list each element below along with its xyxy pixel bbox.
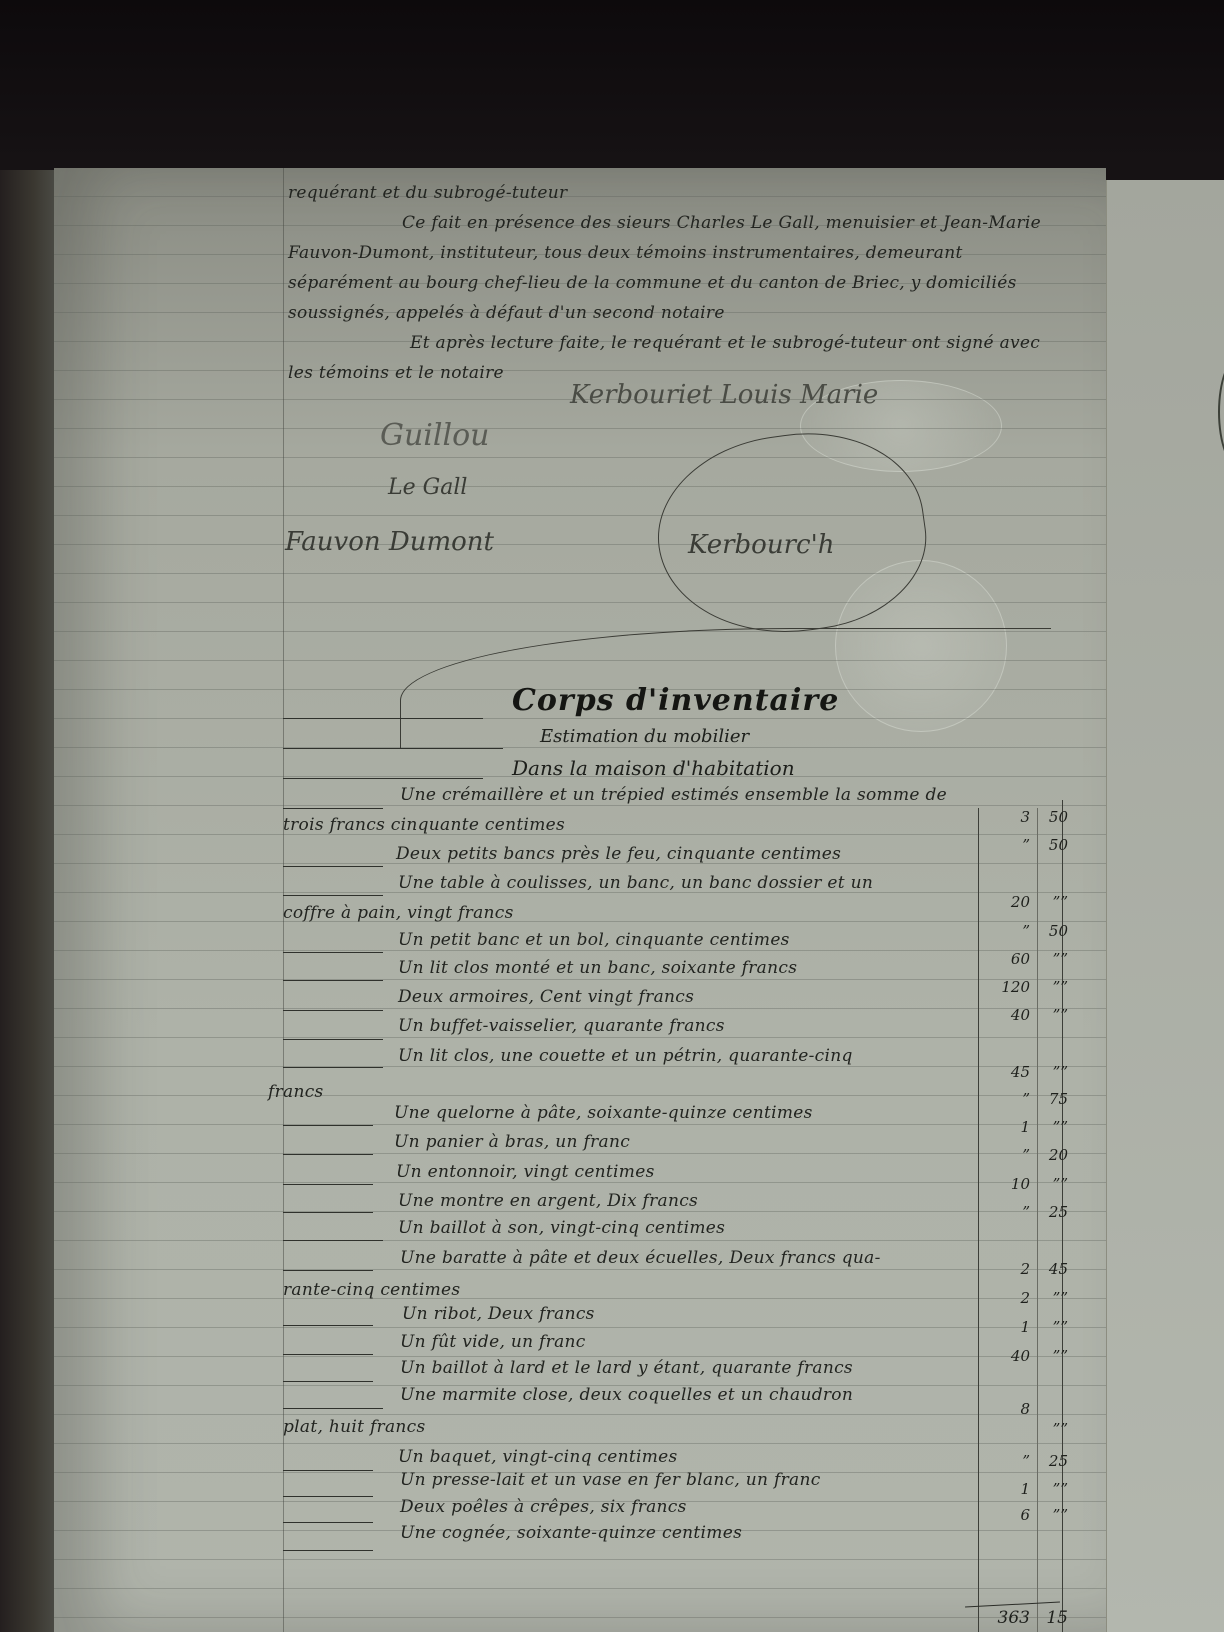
- centimes-value: 45: [1040, 1260, 1068, 1278]
- francs-value: ”: [990, 836, 1030, 854]
- francs-value: 20: [990, 893, 1030, 911]
- centimes-value: 75: [1040, 1090, 1068, 1108]
- facing-page: [1106, 180, 1224, 1632]
- centimes-value: 25: [1040, 1452, 1068, 1470]
- francs-value: 2: [990, 1289, 1030, 1307]
- item-text: Un lit clos monté et un banc, soixante f…: [398, 958, 797, 978]
- centimes-value: ””: [1040, 1480, 1068, 1498]
- item-text: Une table à coulisses, un banc, un banc …: [398, 873, 873, 893]
- item-text: Un fût vide, un franc: [400, 1332, 586, 1352]
- centimes-value: 50: [1040, 836, 1068, 854]
- signature: Le Gall: [388, 475, 467, 500]
- item-text: Un buffet-vaisselier, quarante francs: [398, 1016, 725, 1036]
- centimes-value: ””: [1040, 1006, 1068, 1024]
- item-text: Une quelorne à pâte, soixante-quinze cen…: [394, 1103, 813, 1123]
- francs-value: 120: [990, 978, 1030, 996]
- item-text: Un panier à bras, un franc: [394, 1132, 630, 1152]
- centimes-value: ””: [1040, 1318, 1068, 1336]
- francs-value: 10: [990, 1175, 1030, 1193]
- francs-value: 1: [990, 1480, 1030, 1498]
- item-text-continued: plat, huit francs: [283, 1417, 426, 1437]
- francs-value: 40: [990, 1006, 1030, 1024]
- signature: Guillou: [380, 418, 489, 453]
- francs-value: ”: [990, 1452, 1030, 1470]
- item-text: Un petit banc et un bol, cinquante centi…: [398, 930, 790, 950]
- section-location: Dans la maison d'habitation: [512, 756, 795, 780]
- centimes-value: ””: [1040, 1118, 1068, 1136]
- item-text: Deux armoires, Cent vingt francs: [398, 987, 694, 1007]
- header-line: séparément au bourg chef-lieu de la comm…: [288, 273, 1017, 293]
- item-text: Une marmite close, deux coquelles et un …: [400, 1385, 853, 1405]
- item-text: Un lit clos, une couette et un pétrin, q…: [398, 1046, 853, 1066]
- header-line: les témoins et le notaire: [288, 363, 504, 383]
- francs-value: 2: [990, 1260, 1030, 1278]
- francs-value: 40: [990, 1347, 1030, 1365]
- francs-value: ”: [990, 1146, 1030, 1164]
- centimes-value: 50: [1040, 808, 1068, 826]
- francs-value: 60: [990, 950, 1030, 968]
- francs-value: ”: [990, 1090, 1030, 1108]
- desk-background: [0, 170, 55, 1632]
- francs-value: 45: [990, 1063, 1030, 1081]
- francs-value: ”: [990, 922, 1030, 940]
- total-centimes: 15: [1040, 1608, 1068, 1628]
- centimes-value: ””: [1040, 1063, 1068, 1081]
- section-title: Corps d'inventaire: [512, 683, 839, 718]
- header-line: Ce fait en présence des sieurs Charles L…: [402, 213, 1041, 233]
- centimes-value: 20: [1040, 1146, 1068, 1164]
- signature: Kerbouriet Louis Marie: [570, 380, 878, 410]
- centimes-value: ””: [1040, 1506, 1068, 1524]
- centimes-value: ””: [1040, 1175, 1068, 1193]
- header-line: Fauvon-Dumont, instituteur, tous deux té…: [288, 243, 963, 263]
- margin-line: [283, 168, 284, 1632]
- centimes-value: ””: [1040, 1289, 1068, 1307]
- total-francs: 363: [990, 1608, 1030, 1628]
- centimes-value: ””: [1040, 950, 1068, 968]
- item-text: Un baillot à son, vingt-cinq centimes: [398, 1218, 725, 1238]
- item-text: Une crémaillère et un trépied estimés en…: [400, 785, 947, 805]
- francs-value: 1: [990, 1118, 1030, 1136]
- item-text: Un entonnoir, vingt centimes: [396, 1162, 655, 1182]
- header-line: Et après lecture faite, le requérant et …: [410, 333, 1040, 353]
- item-text-continued: rante-cinq centimes: [283, 1280, 460, 1300]
- item-text: Une montre en argent, Dix francs: [398, 1191, 698, 1211]
- item-text: Deux poêles à crêpes, six francs: [400, 1497, 687, 1517]
- francs-value: 3: [990, 808, 1030, 826]
- amount-column-divider: [978, 808, 979, 1632]
- francs-value: ”: [990, 1203, 1030, 1221]
- centimes-value: 50: [1040, 922, 1068, 940]
- francs-value: 1: [990, 1318, 1030, 1336]
- section-subtitle: Estimation du mobilier: [540, 726, 749, 747]
- item-text: Un ribot, Deux francs: [402, 1304, 595, 1324]
- item-text: Un presse-lait et un vase en fer blanc, …: [400, 1470, 821, 1490]
- francs-value: 6: [990, 1506, 1030, 1524]
- item-text: Un baillot à lard et le lard y étant, qu…: [400, 1358, 853, 1378]
- item-text-continued: trois francs cinquante centimes: [283, 815, 565, 835]
- header-line: requérant et du subrogé-tuteur: [288, 183, 567, 203]
- header-line: soussignés, appelés à défaut d'un second…: [288, 303, 725, 323]
- item-text-continued: coffre à pain, vingt francs: [283, 903, 514, 923]
- centimes-value: 25: [1040, 1203, 1068, 1221]
- francs-centimes-divider: [1037, 808, 1038, 1632]
- item-text: Un baquet, vingt-cinq centimes: [398, 1447, 678, 1467]
- item-text-continued: francs: [268, 1082, 324, 1102]
- item-text: Une baratte à pâte et deux écuelles, Deu…: [400, 1248, 881, 1268]
- centimes-value: ””: [1040, 1347, 1068, 1365]
- centimes-value: ””: [1040, 978, 1068, 996]
- francs-value: 8: [990, 1400, 1030, 1418]
- centimes-value: ””: [1040, 1420, 1068, 1438]
- item-text: Deux petits bancs près le feu, cinquante…: [396, 844, 841, 864]
- item-text: Une cognée, soixante-quinze centimes: [400, 1523, 742, 1543]
- signature: Fauvon Dumont: [285, 527, 494, 557]
- centimes-value: ””: [1040, 893, 1068, 911]
